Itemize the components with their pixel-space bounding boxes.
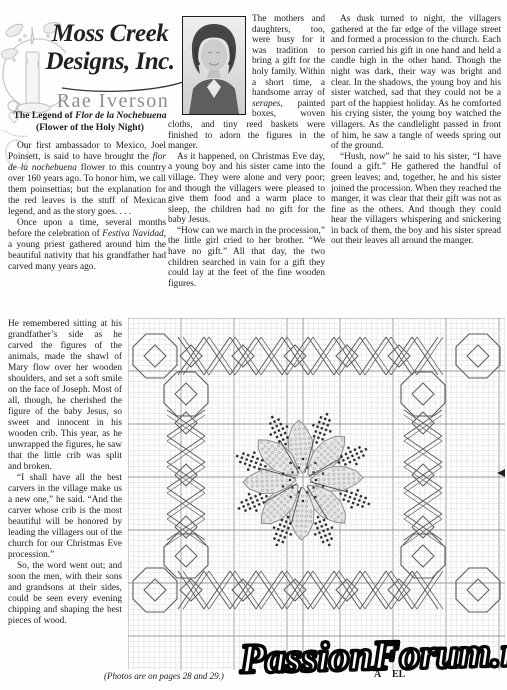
story-paragraph: As dusk turned to night, the villagers g… [331, 14, 501, 152]
story-column-2: The mothers and daughters, too, were bus… [168, 14, 325, 314]
story-paragraph: He remembered sitting at his grandfather… [8, 319, 122, 473]
magazine-page: Moss Creek Designs, Inc. Rae Iverson The… [0, 0, 507, 690]
author-photo [182, 16, 246, 115]
legend-title: The Legend of Flor de la Nochebuena (Flo… [0, 110, 180, 134]
story-column-1-lower: He remembered sitting at his grandfather… [8, 319, 122, 688]
brand-title: Moss Creek Designs, Inc. [36, 20, 184, 76]
brand-line-2: Designs, Inc. [36, 48, 184, 76]
story-column-1-upper: Our first ambassador to Mexico, Joel Poi… [8, 141, 166, 319]
cross-stitch-chart [128, 318, 505, 670]
legend-title-line1: The Legend of Flor de la Nochebuena [0, 110, 180, 122]
story-paragraph: As it happened, on Christmas Eve day, a … [168, 152, 325, 226]
story-paragraph: “Hush, now” he said to his sister, “I ha… [331, 152, 501, 247]
story-paragraph: “I shall have all the best carvers in th… [8, 473, 122, 561]
photos-note: (Photos are on pages 28 and 29.) [104, 671, 224, 681]
brand-line-1: Moss Creek [36, 20, 184, 48]
story-paragraph: Once upon a time, several months before … [8, 218, 166, 273]
watermark-text: PassionForum.ru [239, 627, 507, 682]
legend-subtitle: (Flower of the Holy Night) [0, 122, 180, 134]
story-paragraph: Our first ambassador to Mexico, Joel Poi… [8, 141, 166, 218]
story-paragraph: “How can we march in the procession,” th… [168, 226, 325, 290]
story-column-3: As dusk turned to night, the villagers g… [331, 14, 501, 314]
story-paragraph: So, the word went out; and soon the men,… [8, 561, 122, 627]
